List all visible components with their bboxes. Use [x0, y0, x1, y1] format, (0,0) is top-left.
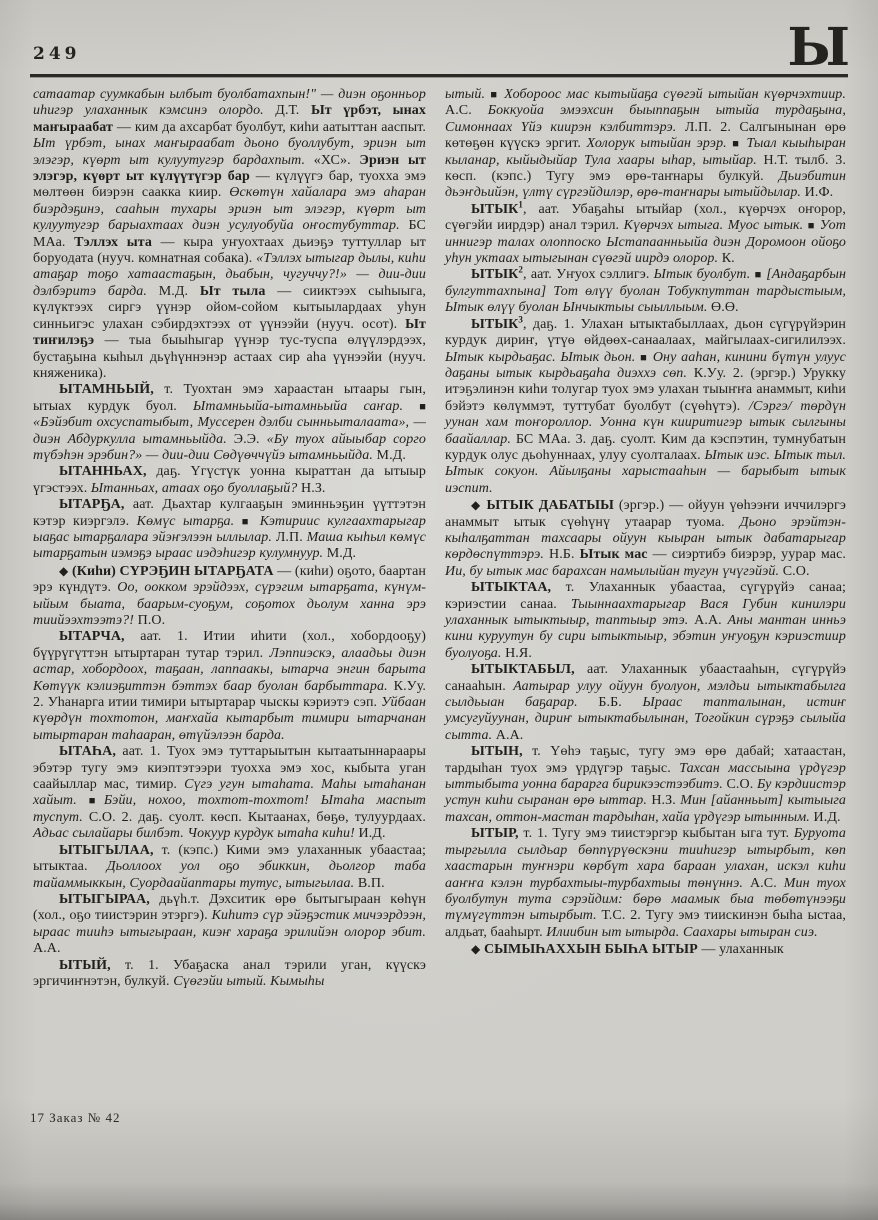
example-text: Ытамньыйа-ытамньыйа саҥар. [193, 399, 403, 414]
dictionary-entry: ЫТЫКТАБЫЛ, аат. Улаханнык убаастааһын, с… [445, 662, 846, 744]
headword: ЫТАРЧА, [59, 629, 125, 644]
definition-text: М.Д. [147, 284, 200, 299]
headword: ЫТАННЬАХ, [59, 464, 147, 479]
definition-text: И.Ф. [801, 185, 833, 200]
definition-text: А.А. [688, 613, 727, 628]
headword: ЫТЫК [471, 202, 518, 217]
definition-text: Л.П. [272, 530, 307, 545]
definition-text: , аат. Уҥуох сэллигэ. [523, 267, 654, 282]
page-bottom-edge [0, 1182, 878, 1220]
left-text-column: сатаатар суумкабын ылбыт буолбатахпын!" … [33, 87, 426, 990]
headword: ЫТЫКТАА, [471, 580, 551, 595]
section-letter: Ы [788, 22, 851, 74]
dictionary-entry: ЫТЫР, т. 1. Тугу эмэ тиистэргэр кыбытан … [445, 826, 846, 941]
dictionary-entry: ЫТАРЧА, аат. 1. Итии иһити (хол., хоборд… [33, 629, 426, 744]
definition-text: В.П. [354, 876, 384, 891]
example-text: Күөрчэх ытыга. Муос ытык. [624, 218, 804, 233]
definition-text [403, 399, 419, 414]
definition-text: Д.Т. [264, 103, 311, 118]
idiom-entry: ◆ ЫТЫК ДАБАТЫЫ (эргэр.) — ойуун үөһээҥи … [445, 497, 846, 580]
definition-text: М.Д. [373, 448, 406, 463]
example-text: ытый. [445, 87, 485, 102]
definition-text: — сиэртибэ биэрэр, уурар мас. [648, 547, 846, 562]
example-text: Хобороос мас кытыйаҕа сүөгэй ытыйан күөр… [504, 87, 846, 102]
definition-text: Н.Я. [501, 646, 531, 661]
headword: Ыт тыла [200, 284, 266, 299]
definition-text [77, 793, 89, 808]
example-text: Ытык кырдьаҕас. Ытык дьон. [445, 350, 635, 365]
definition-text: Э.Э. [227, 432, 267, 447]
headword: (Киһи) СҮРЭҔИН ЫТАРҔАТА [68, 564, 273, 579]
headword: Ытык мас [580, 547, 648, 562]
headword: ЫТАРҔА, [59, 497, 124, 512]
definition-text: С.О. 2. даҕ. суолт. көсп. Кытаанах, бөҕө… [83, 810, 426, 825]
definition-text: К. [718, 251, 735, 266]
example-text: Ытык буолбут. [654, 267, 751, 282]
headword: ЫТЫГЫЛАА, [59, 843, 154, 858]
dictionary-entry: ЫТАРҔА, аат. Дьахтар кулгааҕын эминньэҕи… [33, 497, 426, 563]
definition-text: М.Д. [323, 546, 356, 561]
headword: ЫТЫК ДАБАТЫЫ [482, 498, 614, 513]
dictionary-entry: ЫТЫН, т. Үөһэ таҕыс, тугу эмэ өрө дабай;… [445, 744, 846, 826]
idiom-entry: ◆ (Киһи) СҮРЭҔИН ЫТАРҔАТА — (киһи) оҕото… [33, 563, 426, 630]
definition-text: А.С. [743, 876, 784, 891]
definition-text: А.С. [445, 103, 488, 118]
continuation-paragraph: ытый. ■ Хобороос мас кытыйаҕа сүөгэй ыты… [445, 87, 846, 202]
headword: СЫМЫҺАХХЫН БЫҺА ЫТЫР [480, 942, 697, 957]
page-number: 249 [33, 44, 81, 64]
headword: Тэллэх ыта [74, 235, 152, 250]
headword: ЫТЫН, [471, 744, 523, 759]
example-text: Көмүс ытарҕа. [137, 514, 235, 529]
example-marker-icon: ■ [490, 89, 498, 101]
definition-text: П.О. [134, 613, 165, 628]
example-marker-icon: ■ [89, 795, 104, 807]
example-text: Холорук ытыйан эрэр. [587, 136, 727, 151]
example-marker-icon: ■ [732, 138, 741, 150]
definition-text: Н.З. [647, 793, 680, 808]
dictionary-entry: ЫТЫГЫЛАА, т. (кэпс.) Кими эмэ улаханнык … [33, 843, 426, 892]
definition-text: С.О. [779, 564, 809, 579]
right-text-column: ытый. ■ Хобороос мас кытыйаҕа сүөгэй ыты… [445, 87, 846, 959]
definition-text: Б.Б. [578, 695, 643, 710]
dictionary-entry: ЫТЫЙ, т. 1. Убаҕаска анал тэрили уган, к… [33, 958, 426, 991]
definition-text: т. 1. Тугу эмэ тиистэргэр кыбытан ыга ту… [519, 826, 794, 841]
dictionary-page-scan: { "page": { "number": "249", "section_le… [0, 0, 878, 1220]
headword: ЫТЫР, [471, 826, 519, 841]
headword: ЫТЫК [471, 317, 518, 332]
dictionary-entry: ЫТАННЬАХ, даҕ. Үгүстүк уонна кыраттан да… [33, 464, 426, 497]
definition-text: С.О. [723, 777, 757, 792]
dictionary-entry: ЫТАҺА, аат. 1. Туох эмэ туттарыытын кыта… [33, 744, 426, 842]
definition-text: — улаханнык [698, 942, 784, 957]
dictionary-entry: ЫТЫК3, даҕ. 1. Улахан ытыктабыллаах, дьо… [445, 317, 846, 497]
definition-text: А.А. [492, 728, 523, 743]
example-text: Сүөгэйи ытый. Кымыһы [173, 974, 324, 989]
definition-text: А.А. [33, 941, 61, 956]
example-text: Илиибин ыт ытырда. Саахары ытыран сиэ. [546, 925, 817, 940]
dictionary-entry: ЫТЫГЫРАА, дьүһ.т. Дэхситик өрө бытыгыраа… [33, 892, 426, 958]
definition-text [252, 514, 259, 529]
print-order-note: 17 Заказ № 42 [30, 1110, 120, 1126]
example-marker-icon: ■ [419, 401, 426, 413]
definition-text: Ө.Ө. [707, 300, 738, 315]
diamond-icon: ◆ [471, 498, 482, 512]
example-marker-icon: ■ [755, 269, 762, 281]
header-rule [30, 74, 848, 77]
example-marker-icon: ■ [242, 516, 253, 528]
definition-text: Н.Б. [544, 547, 580, 562]
definition-text: И.Д. [355, 826, 386, 841]
definition-text: «ХС». [305, 153, 359, 168]
dictionary-entry: ЫТЫКТАА, т. Улаханнык убаастаа, сүгүрүйэ… [445, 580, 846, 662]
example-text: Адьас сылайары билбэт. Чокуур курдук ыта… [33, 826, 355, 841]
definition-text: И.Д. [810, 810, 841, 825]
diamond-icon: ◆ [59, 564, 68, 578]
headword: ЫТЫКТАБЫЛ, [471, 662, 575, 677]
definition-text: Н.З. [297, 481, 325, 496]
idiom-entry: ◆ СЫМЫҺАХХЫН БЫҺА ЫТЫР — улаханнык [445, 941, 846, 958]
dictionary-entry: ЫТЫК2, аат. Уҥуох сэллигэ. Ытык буолбут.… [445, 267, 846, 316]
dictionary-entry: ЫТЫК1, аат. Убаҕаһы ытыйар (хол., күөрчэ… [445, 202, 846, 268]
dictionary-entry: ЫТАМНЬЫЙ, т. Туохтан эмэ хараастан ытаар… [33, 382, 426, 464]
headword: ЫТЫЙ, [59, 958, 111, 973]
definition-text [234, 514, 241, 529]
headword: ЫТЫГЫРАА, [59, 892, 150, 907]
example-text: Ии, бу ытык мас барахсан намылыйан тугун… [445, 564, 779, 579]
diamond-icon: ◆ [471, 942, 480, 956]
headword: ЫТАМНЬЫЙ, [59, 382, 154, 397]
example-marker-icon: ■ [640, 352, 648, 364]
headword: ЫТАҺА, [59, 744, 116, 759]
continuation-paragraph: сатаатар суумкабын ылбыт буолбатахпын!" … [33, 87, 426, 382]
headword: ЫТЫК [471, 267, 518, 282]
example-text: Ытанньах, атаах оҕо буоллаҕый? [91, 481, 298, 496]
definition-text: — ким да ахсарбат буолбут, киһи аатыттан… [113, 120, 426, 135]
